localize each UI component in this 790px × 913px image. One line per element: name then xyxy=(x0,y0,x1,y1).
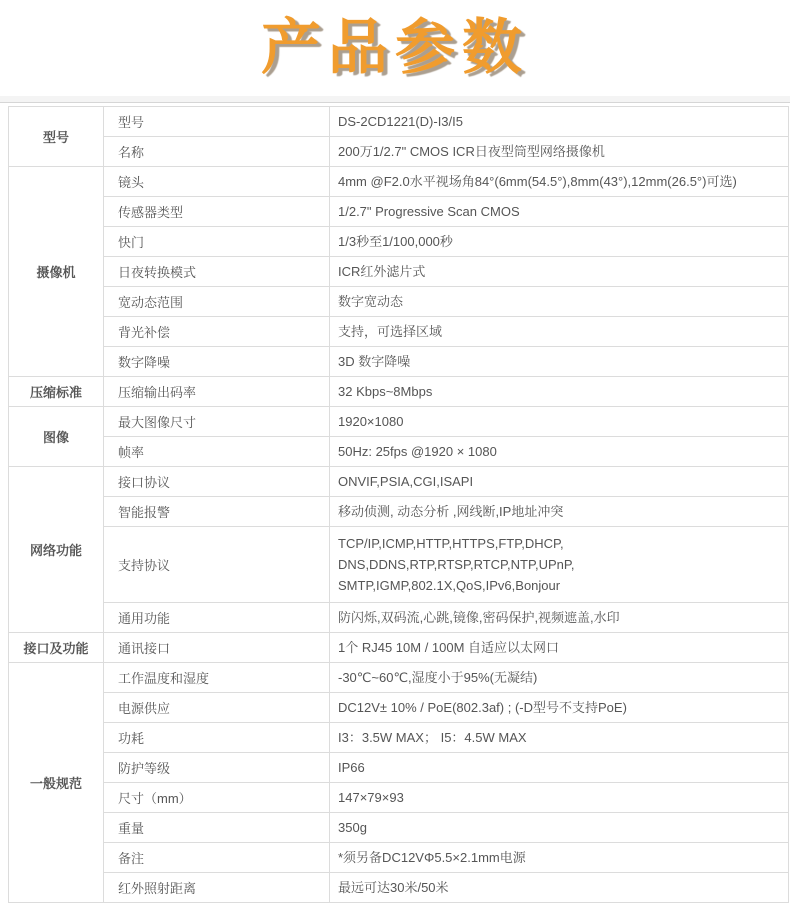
table-row: 红外照射距离 最远可达30米/50米 xyxy=(9,873,789,903)
param-name: 快门 xyxy=(104,227,330,257)
table-row: 名称 200万1/2.7" CMOS ICR日夜型筒型网络摄像机 xyxy=(9,137,789,167)
param-value: 最远可达30米/50米 xyxy=(330,873,789,903)
table-row: 数字降噪 3D 数字降噪 xyxy=(9,347,789,377)
param-value: 1920×1080 xyxy=(330,407,789,437)
table-row: 智能报警 移动侦测, 动态分析 ,网线断,IP地址冲突 xyxy=(9,497,789,527)
param-name: 日夜转换模式 xyxy=(104,257,330,287)
table-row: 尺寸（mm） 147×79×93 xyxy=(9,783,789,813)
table-row: 帧率 50Hz: 25fps @1920 × 1080 xyxy=(9,437,789,467)
param-name: 工作温度和湿度 xyxy=(104,663,330,693)
param-value: ICR红外滤片式 xyxy=(330,257,789,287)
table-row: 日夜转换模式 ICR红外滤片式 xyxy=(9,257,789,287)
param-value: 4mm @F2.0水平视场角84°(6mm(54.5°),8mm(43°),12… xyxy=(330,167,789,197)
param-value: 200万1/2.7" CMOS ICR日夜型筒型网络摄像机 xyxy=(330,137,789,167)
param-name: 数字降噪 xyxy=(104,347,330,377)
table-row: 接口及功能 通讯接口 1个 RJ45 10M / 100M 自适应以太网口 xyxy=(9,633,789,663)
param-value: 支持，可选择区域 xyxy=(330,317,789,347)
top-divider xyxy=(0,96,790,103)
param-value: 147×79×93 xyxy=(330,783,789,813)
table-row: 快门 1/3秒至1/100,000秒 xyxy=(9,227,789,257)
param-name: 防护等级 xyxy=(104,753,330,783)
param-value: DS-2CD1221(D)-I3/I5 xyxy=(330,107,789,137)
page-title: 产品参数 xyxy=(261,12,529,84)
param-value: IP66 xyxy=(330,753,789,783)
table-row: 网络功能 接口协议 ONVIF,PSIA,CGI,ISAPI xyxy=(9,467,789,497)
spec-table: 型号 型号 DS-2CD1221(D)-I3/I5 名称 200万1/2.7" … xyxy=(8,106,789,903)
param-value: 50Hz: 25fps @1920 × 1080 xyxy=(330,437,789,467)
param-name: 型号 xyxy=(104,107,330,137)
param-name: 尺寸（mm） xyxy=(104,783,330,813)
param-value: DC12V± 10% / PoE(802.3af) ; (-D型号不支持PoE) xyxy=(330,693,789,723)
category-cell: 图像 xyxy=(9,407,104,467)
table-row: 一般规范 工作温度和湿度 -30℃~60℃,湿度小于95%(无凝结) xyxy=(9,663,789,693)
category-cell: 一般规范 xyxy=(9,663,104,903)
param-value: 防闪烁,双码流,心跳,镜像,密码保护,视频遮盖,水印 xyxy=(330,603,789,633)
table-row: 支持协议 TCP/IP,ICMP,HTTP,HTTPS,FTP,DHCP, DN… xyxy=(9,527,789,603)
page-title-wrap: 产品参数 xyxy=(0,0,790,96)
param-name: 背光补偿 xyxy=(104,317,330,347)
param-name: 名称 xyxy=(104,137,330,167)
param-name: 备注 xyxy=(104,843,330,873)
param-name: 通用功能 xyxy=(104,603,330,633)
param-name: 镜头 xyxy=(104,167,330,197)
table-row: 压缩标准 压缩输出码率 32 Kbps~8Mbps xyxy=(9,377,789,407)
param-value: 3D 数字降噪 xyxy=(330,347,789,377)
category-cell: 网络功能 xyxy=(9,467,104,633)
param-name: 红外照射距离 xyxy=(104,873,330,903)
category-cell: 接口及功能 xyxy=(9,633,104,663)
category-cell: 摄像机 xyxy=(9,167,104,377)
table-row: 电源供应 DC12V± 10% / PoE(802.3af) ; (-D型号不支… xyxy=(9,693,789,723)
param-name: 宽动态范围 xyxy=(104,287,330,317)
param-value: 1个 RJ45 10M / 100M 自适应以太网口 xyxy=(330,633,789,663)
param-value: 1/2.7" Progressive Scan CMOS xyxy=(330,197,789,227)
table-row: 摄像机 镜头 4mm @F2.0水平视场角84°(6mm(54.5°),8mm(… xyxy=(9,167,789,197)
param-value: ONVIF,PSIA,CGI,ISAPI xyxy=(330,467,789,497)
param-value: 32 Kbps~8Mbps xyxy=(330,377,789,407)
table-row: 传感器类型 1/2.7" Progressive Scan CMOS xyxy=(9,197,789,227)
param-name: 压缩输出码率 xyxy=(104,377,330,407)
param-name: 通讯接口 xyxy=(104,633,330,663)
param-value: TCP/IP,ICMP,HTTP,HTTPS,FTP,DHCP, DNS,DDN… xyxy=(330,527,789,603)
param-name: 电源供应 xyxy=(104,693,330,723)
param-name: 智能报警 xyxy=(104,497,330,527)
param-name: 传感器类型 xyxy=(104,197,330,227)
param-name: 接口协议 xyxy=(104,467,330,497)
table-row: 备注 *须另备DC12VΦ5.5×2.1mm电源 xyxy=(9,843,789,873)
param-value: *须另备DC12VΦ5.5×2.1mm电源 xyxy=(330,843,789,873)
category-cell: 型号 xyxy=(9,107,104,167)
table-row: 通用功能 防闪烁,双码流,心跳,镜像,密码保护,视频遮盖,水印 xyxy=(9,603,789,633)
param-value: 移动侦测, 动态分析 ,网线断,IP地址冲突 xyxy=(330,497,789,527)
param-value: I3：3.5W MAX； I5：4.5W MAX xyxy=(330,723,789,753)
table-row: 宽动态范围 数字宽动态 xyxy=(9,287,789,317)
product-spec-page: 产品参数 型号 型号 DS-2CD1221(D)-I3/I5 名称 200万1/… xyxy=(0,0,790,913)
param-value: 1/3秒至1/100,000秒 xyxy=(330,227,789,257)
category-cell: 压缩标准 xyxy=(9,377,104,407)
table-row: 图像 最大图像尺寸 1920×1080 xyxy=(9,407,789,437)
param-name: 功耗 xyxy=(104,723,330,753)
param-value: 数字宽动态 xyxy=(330,287,789,317)
table-row: 型号 型号 DS-2CD1221(D)-I3/I5 xyxy=(9,107,789,137)
param-name: 最大图像尺寸 xyxy=(104,407,330,437)
param-value: -30℃~60℃,湿度小于95%(无凝结) xyxy=(330,663,789,693)
param-name: 帧率 xyxy=(104,437,330,467)
param-value: 350g xyxy=(330,813,789,843)
param-name: 重量 xyxy=(104,813,330,843)
table-row: 功耗 I3：3.5W MAX； I5：4.5W MAX xyxy=(9,723,789,753)
table-row: 背光补偿 支持，可选择区域 xyxy=(9,317,789,347)
param-name: 支持协议 xyxy=(104,527,330,603)
table-row: 重量 350g xyxy=(9,813,789,843)
table-row: 防护等级 IP66 xyxy=(9,753,789,783)
